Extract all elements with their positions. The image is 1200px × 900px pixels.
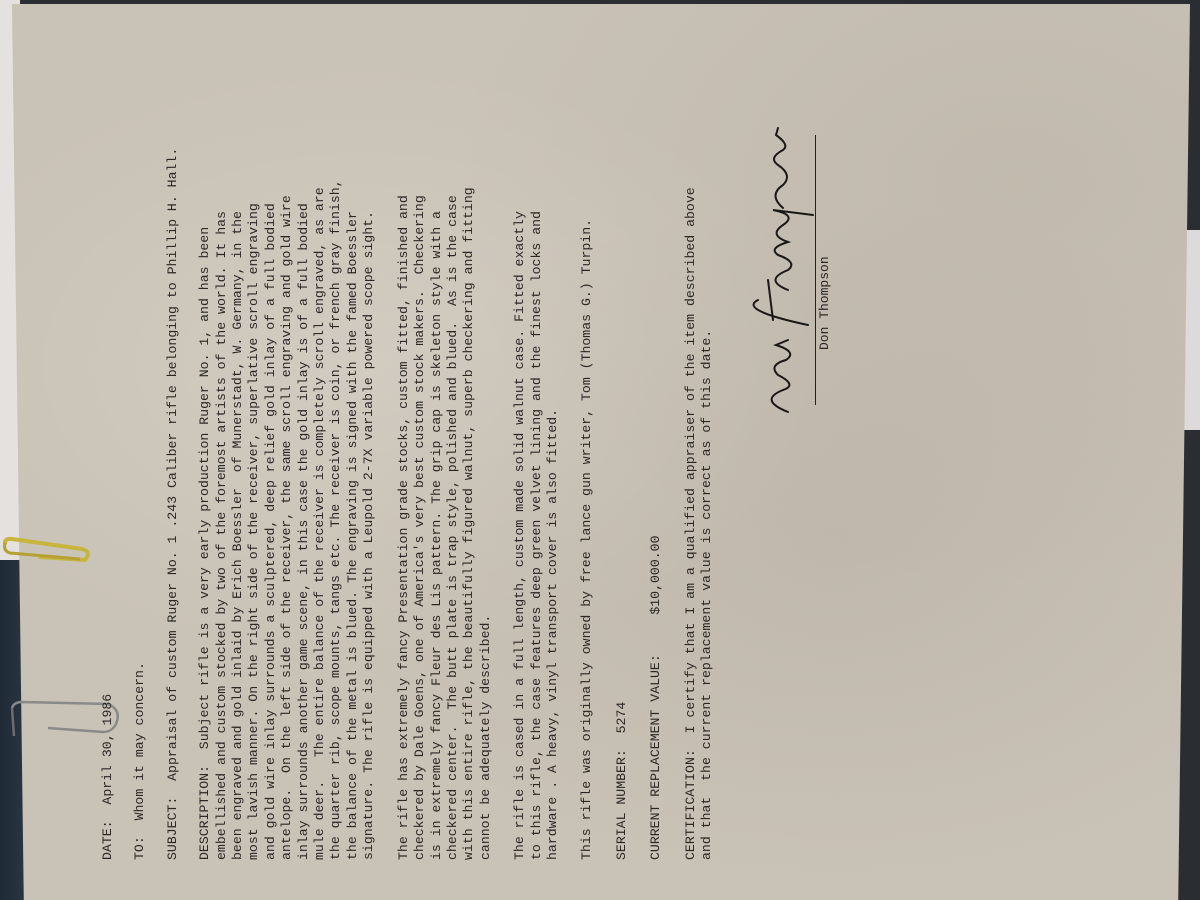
value-amount: $10,000.00 <box>648 536 663 615</box>
certification-line: and that the current replacement value i… <box>699 40 715 860</box>
description-line: been engraved and gold inlaid by Erich B… <box>230 40 246 860</box>
description-line: antelope. On the left side of the receiv… <box>279 40 295 860</box>
subject-line: SUBJECT: Appraisal of custom Ruger No. 1… <box>165 40 181 860</box>
description-line: mule deer. The entire balance of the rec… <box>312 40 328 860</box>
description-line: the quarter rib, scope mounts, tangs etc… <box>328 40 344 860</box>
description-line: DESCRIPTION: Subject rifle is a very ear… <box>197 40 213 860</box>
to-value: Whom it may concern. <box>132 662 147 820</box>
description-line: and gold wire inlay surrounds a sculpter… <box>263 40 279 860</box>
description-paragraph: DESCRIPTION: Subject rifle is a very ear… <box>197 40 377 860</box>
certification-line: CERTIFICATION: I certify that I am a qua… <box>683 40 699 860</box>
stock-line: cannot be adequately described. <box>478 40 494 860</box>
case-paragraph: The rifle is cased in a full length, cus… <box>512 40 561 860</box>
description-line: signature. The rifle is equipped with a … <box>361 40 377 860</box>
stock-paragraph: The rifle has extremely fancy Presentati… <box>396 40 494 860</box>
to-line: TO: Whom it may concern. <box>132 40 148 860</box>
description-line: embellished and custom stocked by two of… <box>214 40 230 860</box>
case-line: hardware . A heavy, vinyl transport cove… <box>545 40 561 860</box>
to-label: TO: <box>132 836 147 860</box>
certification-paragraph: CERTIFICATION: I certify that I am a qua… <box>683 40 716 860</box>
typed-letter: DATE: April 30, 1986 TO: Whom it may con… <box>100 40 820 860</box>
signature-block: Don Thompson Don Thompson <box>733 40 853 860</box>
date-line: DATE: April 30, 1986 <box>100 40 116 860</box>
handwritten-signature: Don Thompson <box>728 120 818 420</box>
signatory-name: Don Thompson <box>817 256 833 350</box>
subject-value: Appraisal of custom Ruger No. 1 .243 Cal… <box>165 148 180 781</box>
case-line: The rifle is cased in a full length, cus… <box>512 40 528 860</box>
serial-label: SERIAL NUMBER: <box>614 749 629 860</box>
date-value: April 30, 1986 <box>100 694 115 805</box>
description-line: inlay surrounds another game scene, in t… <box>296 40 312 860</box>
stock-line: with this entire rifle, the beautifully … <box>461 40 477 860</box>
stock-line: The rifle has extremely fancy Presentati… <box>396 40 412 860</box>
date-label: DATE: <box>100 820 115 860</box>
value-label: CURRENT REPLACEMENT VALUE: <box>648 654 663 860</box>
serial-number-line: SERIAL NUMBER: 5274 <box>614 40 630 860</box>
gold-paperclip-icon <box>0 535 95 565</box>
stock-line: is in extremely fancy Fleur des Lis patt… <box>429 40 445 860</box>
serial-value: 5274 <box>614 702 629 734</box>
description-line: most lavish manner. On the right side of… <box>246 40 262 860</box>
stock-line: checkered center. The butt plate is trap… <box>445 40 461 860</box>
case-line: to this rifle, the case features deep gr… <box>529 40 545 860</box>
ownership-line: This rifle was originally owned by free … <box>579 40 595 860</box>
replacement-value-line: CURRENT REPLACEMENT VALUE: $10,000.00 <box>648 40 664 860</box>
subject-label: SUBJECT: <box>165 797 180 860</box>
stock-line: checkered by Dale Goens, one of America'… <box>412 40 428 860</box>
signature-line <box>815 135 816 405</box>
description-line: the balance of the metal is blued. The e… <box>345 40 361 860</box>
